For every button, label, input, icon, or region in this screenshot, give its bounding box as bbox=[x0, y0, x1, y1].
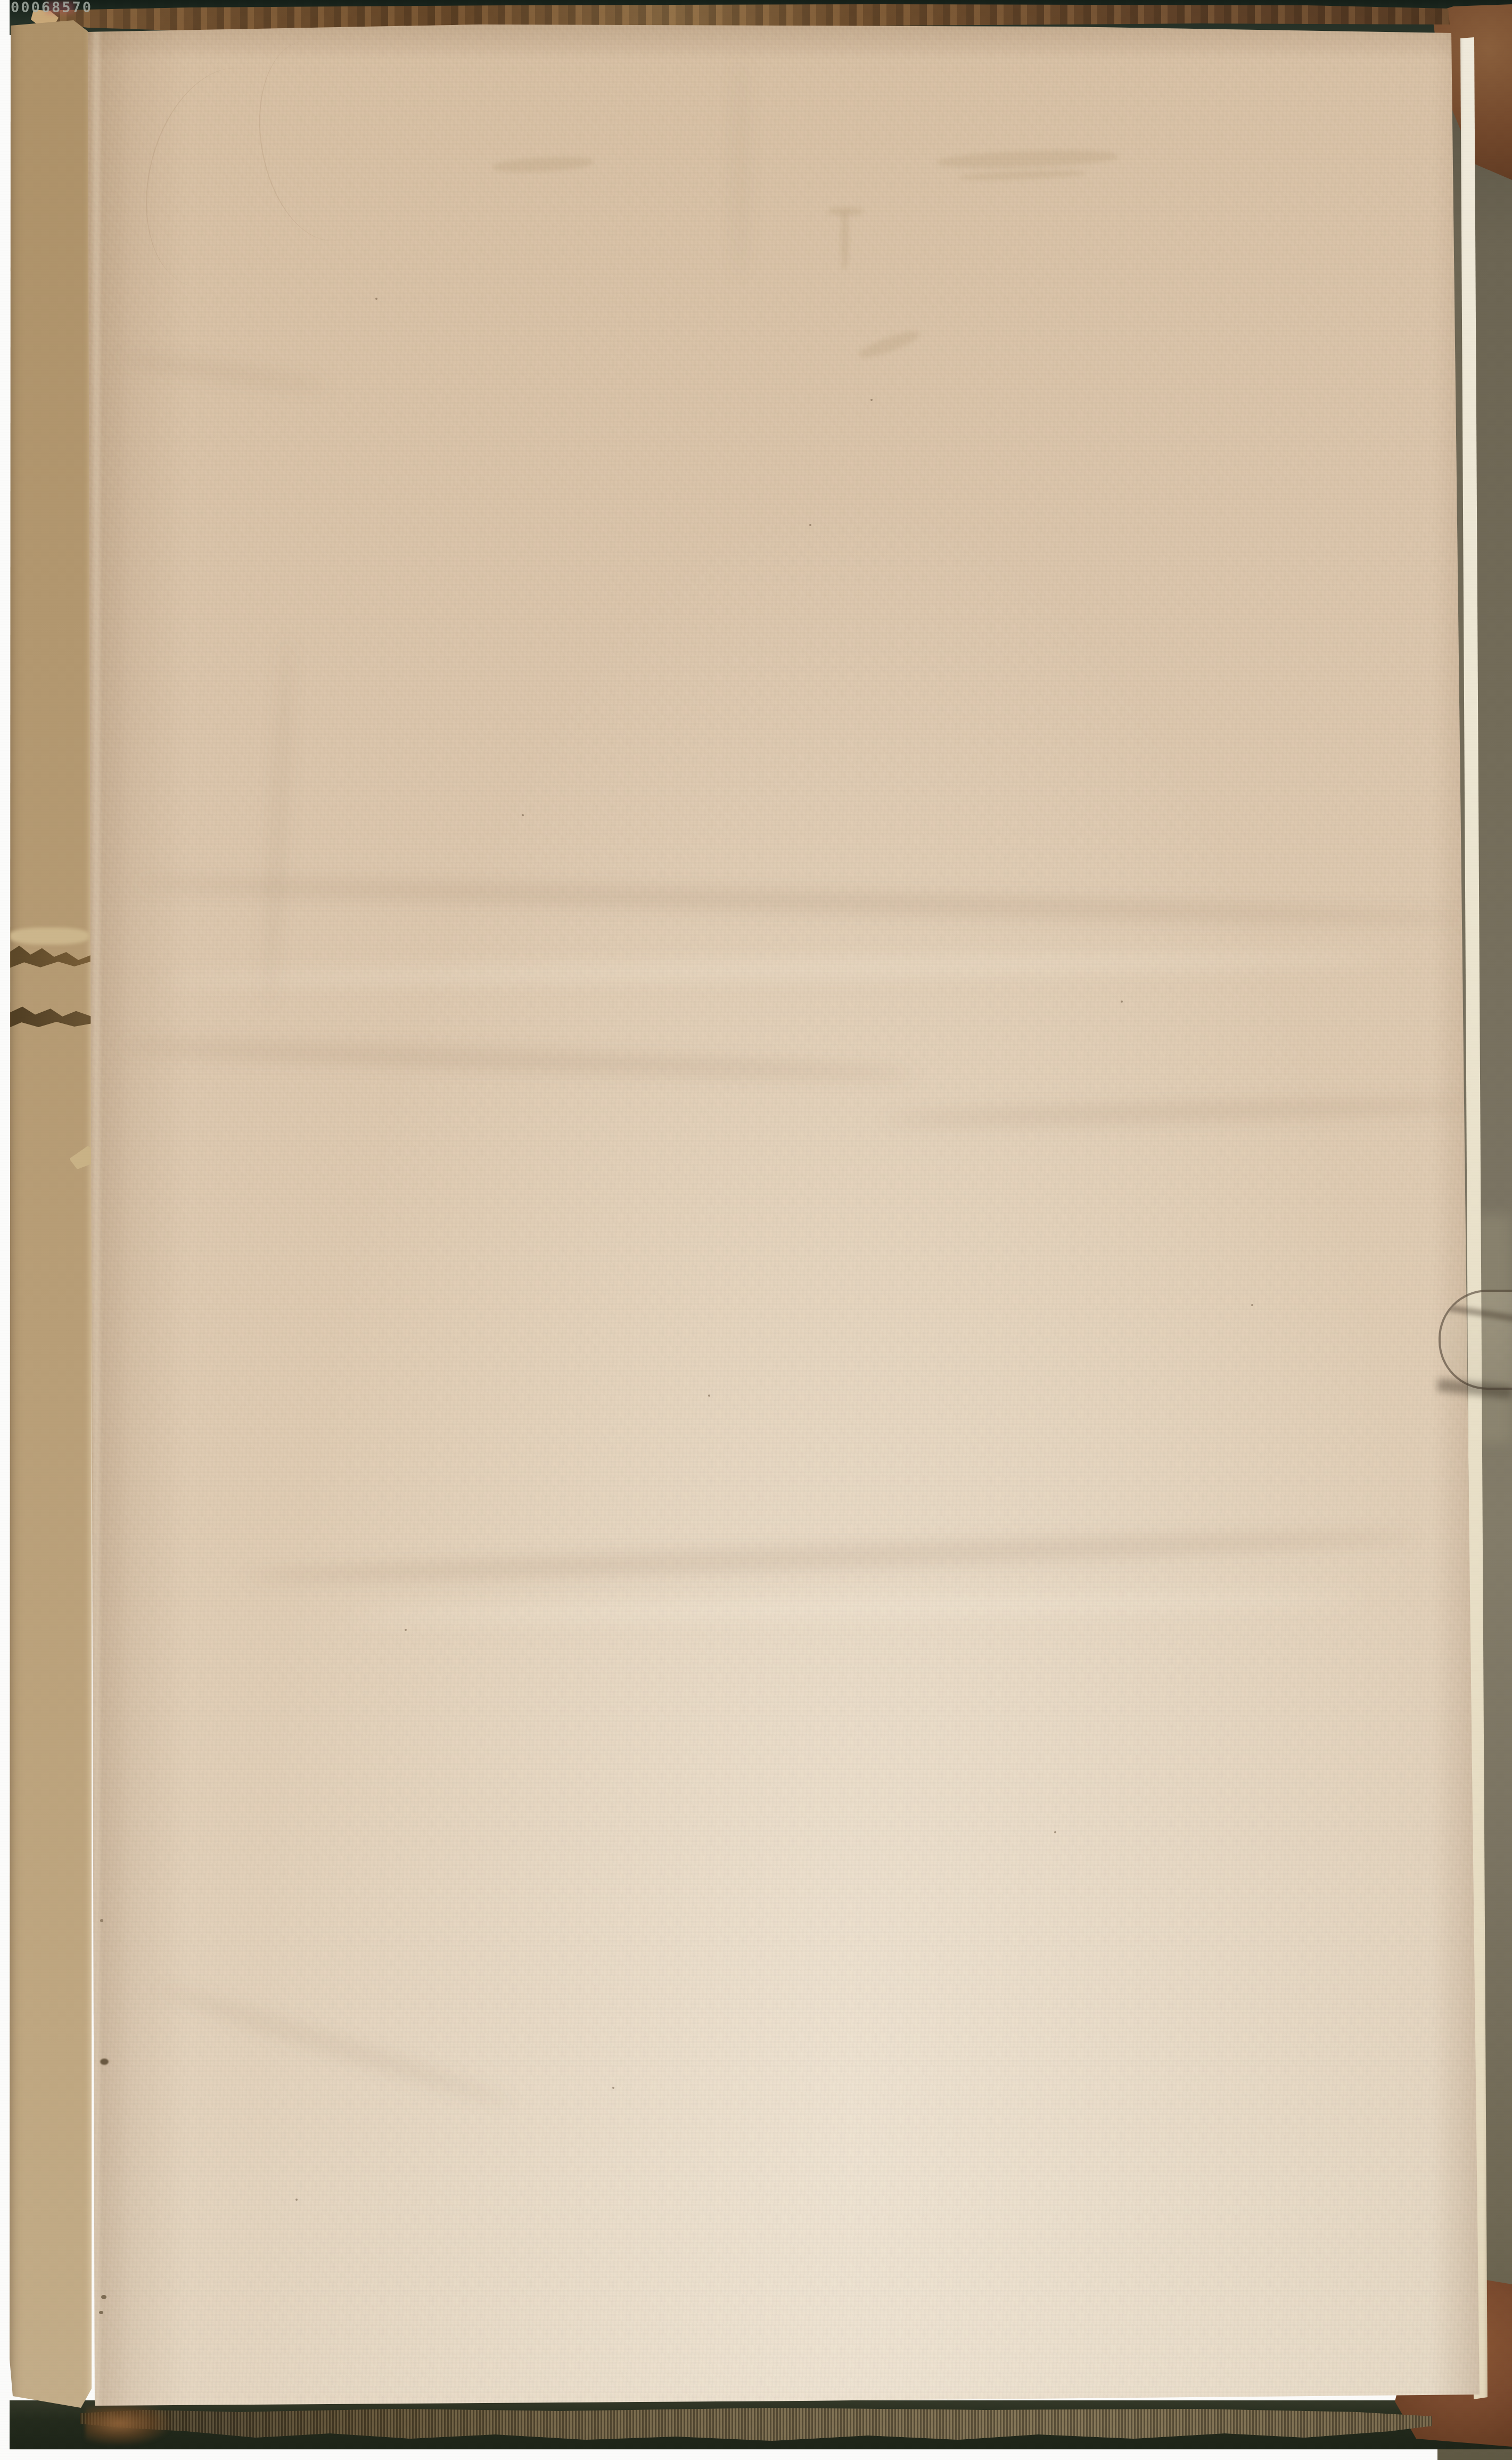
speck bbox=[295, 2199, 298, 2201]
blank-page bbox=[85, 23, 1483, 2407]
speck bbox=[612, 2087, 614, 2089]
crease-vertical bbox=[735, 55, 745, 279]
speck bbox=[809, 524, 811, 526]
tab-inner-shadow bbox=[1439, 1303, 1512, 1323]
ghost-mark bbox=[841, 211, 849, 269]
bottom-left-leather-smudge bbox=[85, 2406, 170, 2445]
gutter-highlight bbox=[93, 23, 100, 2407]
speck bbox=[1251, 1304, 1253, 1306]
stub-tear-lower bbox=[10, 1002, 95, 1032]
gutter-stain bbox=[100, 2059, 109, 2065]
binding-stub bbox=[10, 16, 92, 2415]
speck bbox=[522, 814, 524, 816]
speck bbox=[375, 298, 377, 300]
book-scan-canvas: 00068570 bbox=[0, 0, 1512, 2460]
gutter-speck bbox=[100, 1919, 103, 1922]
scan-id-overlay: 00068570 bbox=[11, 0, 93, 16]
gutter-speck bbox=[99, 2311, 103, 2314]
speck bbox=[405, 1629, 407, 1631]
stub-tear-lip bbox=[10, 928, 89, 945]
gutter-speck bbox=[101, 2295, 106, 2299]
speck bbox=[1121, 1001, 1123, 1003]
speck bbox=[708, 1395, 710, 1397]
stub-tear-upper bbox=[10, 942, 91, 974]
speck bbox=[870, 399, 873, 401]
speck bbox=[1054, 1831, 1056, 1833]
